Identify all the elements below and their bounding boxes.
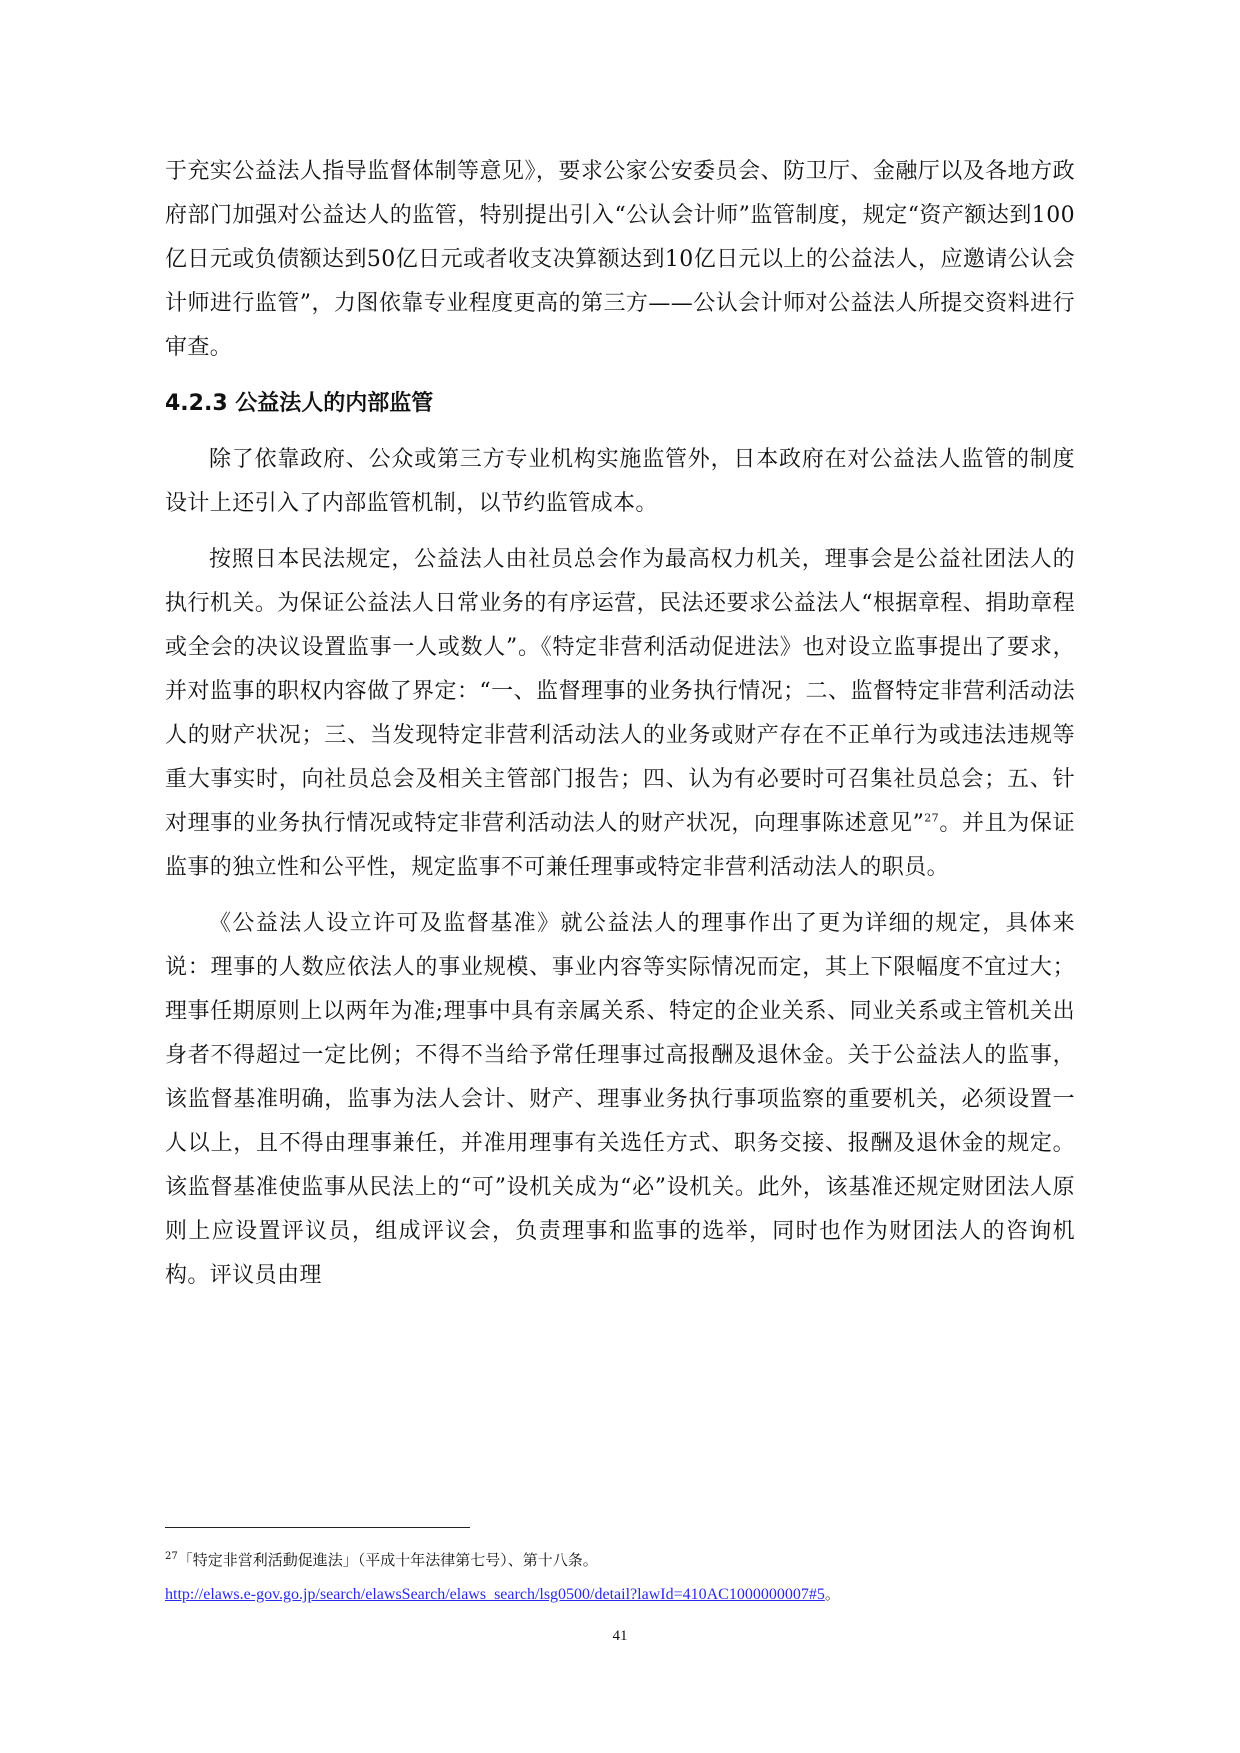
footnote-number: 27 <box>165 1551 178 1562</box>
section-heading: 4.2.3 公益法人的内部监管 <box>165 382 1075 426</box>
footnote-27: 27「特定非営利活動促進法」（平成十年法律第七号）、第十八条。 <box>165 1543 1075 1577</box>
paragraph-continued: 于充实公益法人指导监督体制等意见》，要求公家公安委员会、防卫厅、金融厅以及各地方… <box>165 150 1075 370</box>
footnotes: 27「特定非営利活動促進法」（平成十年法律第七号）、第十八条。 http://e… <box>165 1543 1075 1612</box>
footnote-reference[interactable]: 27 <box>924 812 939 825</box>
footnote-text: 「特定非営利活動促進法」（平成十年法律第七号）、第十八条。 <box>178 1551 598 1569</box>
footnote-link[interactable]: http://elaws.e-gov.go.jp/search/elawsSea… <box>165 1586 825 1603</box>
footnote-27-link-line: http://elaws.e-gov.go.jp/search/elawsSea… <box>165 1577 1075 1612</box>
footnote-link-suffix: 。 <box>825 1585 840 1603</box>
paragraph-supervision-standards: 《公益法人设立许可及监督基准》就公益法人的理事作出了更为详细的规定，具体来说：理… <box>165 902 1075 1298</box>
page-body: 于充实公益法人指导监督体制等意见》，要求公家公安委员会、防卫厅、金融厅以及各地方… <box>165 150 1075 1298</box>
page-number: 41 <box>0 1628 1240 1645</box>
footnote-divider <box>165 1527 470 1528</box>
paragraph-text: 按照日本民法规定，公益法人由社员总会作为最高权力机关，理事会是公益社团法人的执行… <box>165 547 1075 836</box>
paragraph-internal-supervision-intro: 除了依靠政府、公众或第三方专业机构实施监管外，日本政府在对公益法人监管的制度设计… <box>165 438 1075 526</box>
paragraph-civil-law-supervisors: 按照日本民法规定，公益法人由社员总会作为最高权力机关，理事会是公益社团法人的执行… <box>165 538 1075 890</box>
